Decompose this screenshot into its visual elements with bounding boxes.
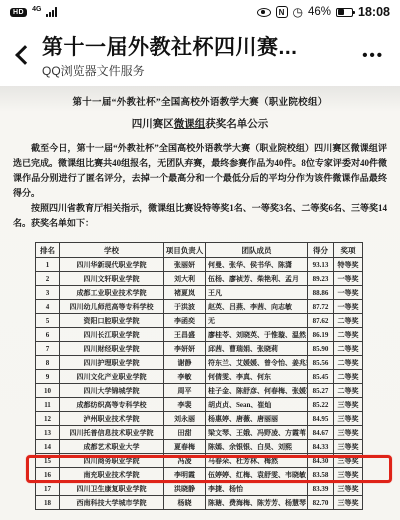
table-cell: 2 — [36, 272, 60, 286]
table-cell: 5 — [36, 314, 60, 328]
awards-table: 排名 学校 项目负责人 团队成员 得分 奖项 1四川华新现代职业学院张丽妍何曼、… — [35, 242, 363, 510]
table-cell: 6 — [36, 328, 60, 342]
table-cell: 何曼、张华、侯书华、陈潇 — [206, 258, 308, 272]
table-cell: 84.30 — [308, 454, 334, 468]
signal-strength-icon — [46, 7, 57, 17]
table-row: 5资阳口腔职业学院李函奕无87.62二等奖 — [36, 314, 363, 328]
table-cell: 8 — [36, 356, 60, 370]
table-cell: 84.33 — [308, 440, 334, 454]
table-cell: 四川财经职业学院 — [60, 342, 164, 356]
app-header: 第十一届外教社杯四川赛... QQ浏览器文件服务 ••• — [0, 24, 400, 86]
table-row: 3成都工业职业技术学院褚夏岚王凡88.86一等奖 — [36, 286, 363, 300]
table-cell: 一等奖 — [334, 286, 363, 300]
table-cell: 二等奖 — [334, 384, 363, 398]
table-cell: 85.22 — [308, 398, 334, 412]
status-bar: HD 4G N ◷ 46% 18:08 — [0, 0, 400, 24]
table-cell: 83.39 — [308, 482, 334, 496]
table-cell: 二等奖 — [334, 342, 363, 356]
table-cell: 梁文琴、王娥、冯野凌、方霞苇 — [206, 426, 308, 440]
file-title: 第十一届外教社杯四川赛... — [42, 31, 360, 61]
table-cell: 杨晓 — [164, 496, 206, 510]
eye-comfort-icon — [257, 8, 271, 17]
title2-prefix: 四川赛区 — [132, 119, 174, 130]
table-row: 6四川长江职业学院王昌盛廖桂苓、刘晓英、于惟璇、温然86.19二等奖 — [36, 328, 363, 342]
table-cell: 三等奖 — [334, 482, 363, 496]
table-cell: 王凡 — [206, 286, 308, 300]
table-row: 1四川华新现代职业学院张丽妍何曼、张华、侯书华、陈潇93.13特等奖 — [36, 258, 363, 272]
table-cell: 14 — [36, 440, 60, 454]
table-cell: 刘大利 — [164, 272, 206, 286]
status-time: 18:08 — [358, 5, 390, 19]
table-cell: 85.27 — [308, 384, 334, 398]
table-cell: 82.70 — [308, 496, 334, 510]
table-cell: 四川卫生康复职业学院 — [60, 482, 164, 496]
table-cell: 资阳口腔职业学院 — [60, 314, 164, 328]
table-cell: 7 — [36, 342, 60, 356]
table-cell: 邱茜、曹瑞娟、张晓莉 — [206, 342, 308, 356]
table-cell: 85.56 — [308, 356, 334, 370]
table-cell: 85.90 — [308, 342, 334, 356]
table-cell: 南充职业技术学院 — [60, 468, 164, 482]
document-viewport[interactable]: 第十一届“外教社杯”全国高校外语教学大赛（职业院校组） 四川赛区微课组获奖名单公… — [0, 86, 400, 520]
table-cell: 1 — [36, 258, 60, 272]
more-menu-button[interactable]: ••• — [360, 47, 386, 64]
col-header-score: 得分 — [308, 243, 334, 258]
table-row: 12泸州职业技术学院刘永丽杨惠婷、唐薇、唐丽丽84.95三等奖 — [36, 412, 363, 426]
table-cell: 13 — [36, 426, 60, 440]
table-cell: 16 — [36, 468, 60, 482]
table-cell: 廖桂苓、刘晓英、于惟璇、温然 — [206, 328, 308, 342]
table-cell: 四川护理职业学院 — [60, 356, 164, 370]
table-cell: 二等奖 — [334, 356, 363, 370]
table-cell: 特等奖 — [334, 258, 363, 272]
table-cell: 三等奖 — [334, 398, 363, 412]
table-cell: 李明霞 — [164, 468, 206, 482]
table-cell: 成都艺术职业大学 — [60, 440, 164, 454]
table-cell: 3 — [36, 286, 60, 300]
table-cell: 陈嫣、余银银、白昊、刘熙 — [206, 440, 308, 454]
nfc-icon: N — [276, 6, 288, 18]
table-header-row: 排名 学校 项目负责人 团队成员 得分 奖项 — [36, 243, 363, 258]
table-cell: 88.86 — [308, 286, 334, 300]
table-cell: 胡贞贞、Sean、崔灿 — [206, 398, 308, 412]
table-cell: 伍婷婷、红梅、袁舒雯、韦晓敏 — [206, 468, 308, 482]
document-title-line1: 第十一届“外教社杯”全国高校外语教学大赛（职业院校组） — [0, 86, 400, 108]
table-cell: 9 — [36, 370, 60, 384]
table-cell: 11 — [36, 398, 60, 412]
table-cell: 89.23 — [308, 272, 334, 286]
table-cell: 4 — [36, 300, 60, 314]
table-cell: 周平 — [164, 384, 206, 398]
table-cell: 四川幼儿师范高等专科学校 — [60, 300, 164, 314]
table-cell: 于洪波 — [164, 300, 206, 314]
file-service-subtitle: QQ浏览器文件服务 — [42, 62, 360, 79]
table-cell: 84.67 — [308, 426, 334, 440]
table-cell: 83.58 — [308, 468, 334, 482]
table-cell: 符东兰、艾媛媛、曾令怡、姜兆彩 — [206, 356, 308, 370]
table-cell: 二等奖 — [334, 314, 363, 328]
table-cell: 三等奖 — [334, 440, 363, 454]
battery-icon — [336, 8, 353, 17]
col-header-members: 团队成员 — [206, 243, 308, 258]
table-cell: 二等奖 — [334, 328, 363, 342]
table-row: 18西南科技大学城市学院杨晓陈瑭、费海梅、陈芳芳、杨慧琴82.70三等奖 — [36, 496, 363, 510]
table-cell: 四川托普信息技术职业学院 — [60, 426, 164, 440]
table-cell: 10 — [36, 384, 60, 398]
alarm-icon: ◷ — [293, 6, 303, 18]
col-header-school: 学校 — [60, 243, 164, 258]
network-type-label: 4G — [32, 6, 41, 13]
table-cell: 12 — [36, 412, 60, 426]
table-cell: 马春朵、杜芳林、梅然 — [206, 454, 308, 468]
table-cell: 刘永丽 — [164, 412, 206, 426]
table-cell: 四川长江职业学院 — [60, 328, 164, 342]
hd-badge: HD — [10, 8, 27, 17]
table-cell: 陈瑭、费海梅、陈芳芳、杨慧琴 — [206, 496, 308, 510]
table-row: 8四川护理职业学院谢静符东兰、艾媛媛、曾令怡、姜兆彩85.56二等奖 — [36, 356, 363, 370]
table-cell: 伍杨、廖祯芳、柴艳利、孟月 — [206, 272, 308, 286]
table-cell: 谢静 — [164, 356, 206, 370]
document-title-line2: 四川赛区微课组获奖名单公示 — [0, 116, 400, 131]
table-cell: 无 — [206, 314, 308, 328]
table-row: 7四川财经职业学院李妍妍邱茜、曹瑞娟、张晓莉85.90二等奖 — [36, 342, 363, 356]
table-cell: 褚夏岚 — [164, 286, 206, 300]
table-cell: 三等奖 — [334, 496, 363, 510]
table-cell: 15 — [36, 454, 60, 468]
table-cell: 成都工业职业技术学院 — [60, 286, 164, 300]
table-row: 14成都艺术职业大学夏春梅陈嫣、余银银、白昊、刘熙84.33三等奖 — [36, 440, 363, 454]
table-cell: 87.62 — [308, 314, 334, 328]
table-cell: 泸州职业技术学院 — [60, 412, 164, 426]
table-row: 16南充职业技术学院李明霞伍婷婷、红梅、袁舒雯、韦晓敏83.58三等奖 — [36, 468, 363, 482]
table-cell: 三等奖 — [334, 412, 363, 426]
table-cell: 夏春梅 — [164, 440, 206, 454]
table-cell: 李函奕 — [164, 314, 206, 328]
table-row: 13四川托普信息技术职业学院田甜梁文琴、王娥、冯野凌、方霞苇84.67三等奖 — [36, 426, 363, 440]
table-cell: 何倩雯、李真、何东 — [206, 370, 308, 384]
phone-screen: HD 4G N ◷ 46% 18:08 第十一届外教社杯四川赛... QQ浏览器… — [0, 0, 400, 520]
table-cell: 杨惠婷、唐薇、唐丽丽 — [206, 412, 308, 426]
table-cell: 85.45 — [308, 370, 334, 384]
results-table-body: 1四川华新现代职业学院张丽妍何曼、张华、侯书华、陈潇93.13特等奖2四川文轩职… — [36, 258, 363, 510]
table-row: 10四川大学锦城学院周平桂子金、陈舒彦、何春梅、张媛军85.27二等奖 — [36, 384, 363, 398]
table-row: 9四川文化产业职业学院李敏何倩雯、李真、何东85.45二等奖 — [36, 370, 363, 384]
table-cell: 张丽妍 — [164, 258, 206, 272]
table-cell: 四川文化产业职业学院 — [60, 370, 164, 384]
table-cell: 李妍妍 — [164, 342, 206, 356]
table-cell: 84.95 — [308, 412, 334, 426]
table-cell: 四川商务职业学院 — [60, 454, 164, 468]
table-cell: 西南科技大学城市学院 — [60, 496, 164, 510]
table-cell: 18 — [36, 496, 60, 510]
table-row: 15四川商务职业学院冯凌马春朵、杜芳林、梅然84.30三等奖 — [36, 454, 363, 468]
table-cell: 洪晓静 — [164, 482, 206, 496]
table-cell: 四川大学锦城学院 — [60, 384, 164, 398]
table-cell: 赵英、吕燕、李茜、向志敏 — [206, 300, 308, 314]
table-cell: 93.13 — [308, 258, 334, 272]
table-cell: 87.72 — [308, 300, 334, 314]
table-cell: 田甜 — [164, 426, 206, 440]
table-cell: 李敏 — [164, 370, 206, 384]
table-cell: 冯凌 — [164, 454, 206, 468]
table-cell: 一等奖 — [334, 300, 363, 314]
table-cell: 三等奖 — [334, 426, 363, 440]
table-row: 17四川卫生康复职业学院洪晓静李捷、杨怡83.39三等奖 — [36, 482, 363, 496]
document-paragraph-1: 截至今日，第十一届“外教社杯”全国高校外语教学大赛（职业院校组）四川赛区微课组评… — [13, 141, 387, 201]
col-header-leader: 项目负责人 — [164, 243, 206, 258]
table-cell: 桂子金、陈舒彦、何春梅、张媛军 — [206, 384, 308, 398]
table-cell: 86.19 — [308, 328, 334, 342]
title2-underlined: 微课组 — [174, 119, 206, 130]
table-cell: 17 — [36, 482, 60, 496]
table-cell: 四川华新现代职业学院 — [60, 258, 164, 272]
table-cell: 李裴 — [164, 398, 206, 412]
title2-suffix: 获奖名单公示 — [205, 119, 268, 130]
table-row: 11成都纺织高等专科学校李裴胡贞贞、Sean、崔灿85.22三等奖 — [36, 398, 363, 412]
table-cell: 一等奖 — [334, 272, 363, 286]
table-row: 2四川文轩职业学院刘大利伍杨、廖祯芳、柴艳利、孟月89.23一等奖 — [36, 272, 363, 286]
table-cell: 成都纺织高等专科学校 — [60, 398, 164, 412]
table-cell: 李捷、杨怡 — [206, 482, 308, 496]
back-button[interactable] — [14, 40, 36, 70]
battery-percent: 46% — [308, 6, 331, 18]
table-cell: 王昌盛 — [164, 328, 206, 342]
document-paragraph-2: 按照四川省教育厅相关指示，微课组比赛设特等奖1名、一等奖3名、二等奖6名、三等奖… — [13, 201, 387, 231]
table-cell: 二等奖 — [334, 370, 363, 384]
col-header-rank: 排名 — [36, 243, 60, 258]
table-row: 4四川幼儿师范高等专科学校于洪波赵英、吕燕、李茜、向志敏87.72一等奖 — [36, 300, 363, 314]
table-cell: 三等奖 — [334, 454, 363, 468]
table-cell: 四川文轩职业学院 — [60, 272, 164, 286]
table-cell: 三等奖 — [334, 468, 363, 482]
col-header-award: 奖项 — [334, 243, 363, 258]
